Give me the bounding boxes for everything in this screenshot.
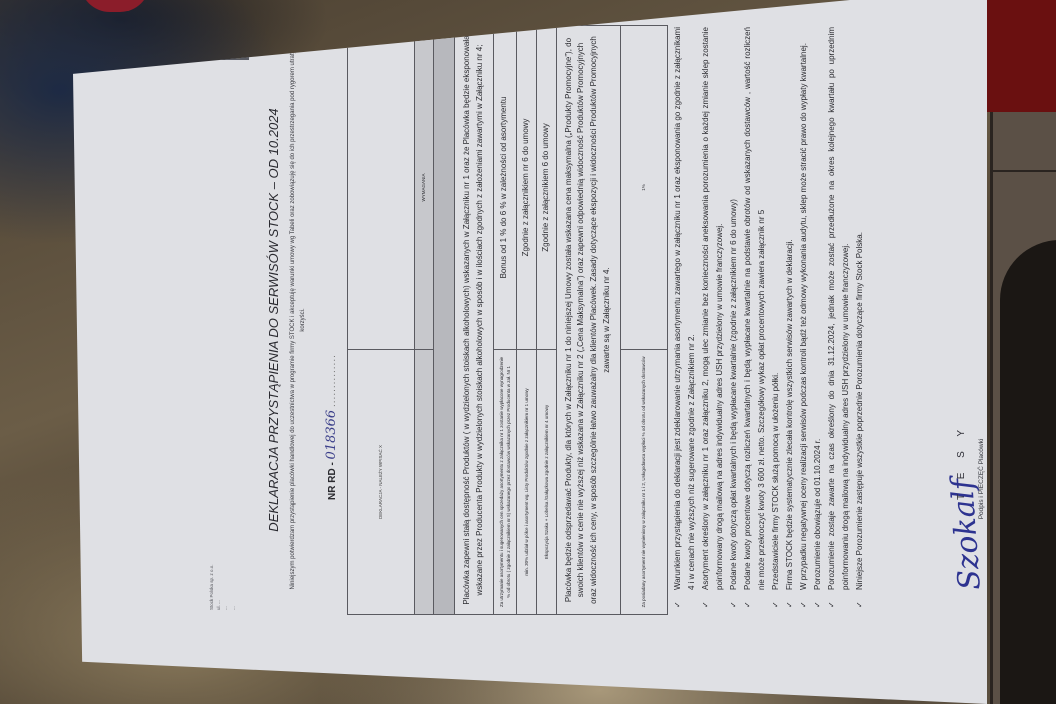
- row-condition: Za posiadany asortyment nie wymieniony w…: [620, 349, 667, 614]
- table-section-row: Placówka będzie odsprzedawać Produkty, d…: [556, 26, 620, 615]
- section2-text: Placówka będzie odsprzedawać Produkty, d…: [556, 26, 620, 615]
- row-requirement: Zgodnie z załącznikiem nr 6 do umowy: [516, 26, 536, 350]
- sender-address: Stock Polska sp. z o.o. ul. ... ... ...: [208, 564, 237, 610]
- terms-list: Warunkiem przystąpienia do deklaracji je…: [671, 27, 867, 612]
- stamp-name: T E S Y: [955, 424, 969, 500]
- row-condition: Za utrzymanie asortymentu i sugerowanych…: [493, 349, 516, 614]
- table-requirements-row: WYMAGANIA: [415, 26, 434, 615]
- background-tile-grout: [990, 170, 1056, 172]
- list-item: Firma STOCK będzie systematycznie zlecał…: [783, 27, 797, 612]
- list-item: Podane kwoty dotyczą opłat kwartalnych i…: [727, 27, 741, 612]
- list-item: Przedstawiciele firmy STOCK służą pomocą…: [769, 27, 783, 612]
- document-title: DEKLARACJA PRZYSTĄPIENIA DO SERWISÓW STO…: [265, 40, 283, 600]
- list-item: Asortyment określony w załączniku nr 1 o…: [699, 27, 727, 612]
- document-intro: Niniejszym potwierdzam przystąpienie pla…: [289, 40, 308, 600]
- table-grey-row: [434, 26, 455, 615]
- list-item: Niniejsze Porozumienie zastępuje wszystk…: [853, 27, 867, 612]
- table-header-row: DEKLARACJA - NALEŻY WPISAĆ X: [348, 26, 415, 615]
- background-red-object: [985, 0, 1056, 112]
- sender-line: ...: [222, 564, 229, 610]
- nr-rd-field: NR RD - 018366 ..............: [323, 354, 341, 500]
- paper-sheet: Stock Polska sp. z o.o. ul. ... ... ... …: [73, 0, 987, 704]
- background-dark-object: [1000, 240, 1056, 704]
- nr-rd-dots: ..............: [327, 354, 338, 407]
- row-condition: Ekspozycja Szaka + Lobelsa /Gałązkowa zg…: [536, 349, 556, 614]
- header-declaration: DEKLARACJA - NALEŻY WPISAĆ X: [348, 349, 415, 614]
- list-item: Porozumienie zostaje zawarte na czas okr…: [825, 27, 853, 612]
- nr-rd-value: 018366: [324, 410, 339, 460]
- sender-line: ul. ...: [215, 564, 222, 610]
- stamp-line: Podpis i PIECZĘĆ Placówki: [977, 394, 986, 564]
- row-condition: min. 30% udział w półce i asortyment wg.…: [516, 349, 536, 614]
- list-item: Podane kwoty procentowe dotyczą rozlicze…: [741, 27, 769, 612]
- nr-rd-label: NR RD -: [327, 462, 338, 500]
- list-item: Porozumienie obowiązuje od 01.10.2024 r.: [811, 27, 825, 612]
- sender-line: ...: [230, 564, 237, 610]
- table-row: min. 30% udział w półce i asortyment wg.…: [516, 26, 536, 615]
- document-page: Stock Polska sp. z o.o. ul. ... ... ... …: [153, 20, 1013, 620]
- section1-text: Placówka zapewni stałą dostępność Produk…: [455, 26, 494, 615]
- table-section-row: Placówka zapewni stałą dostępność Produk…: [455, 26, 494, 615]
- requirements-table: DEKLARACJA - NALEŻY WPISAĆ X WYMAGANIA P…: [347, 25, 668, 615]
- requirements-blank: [415, 349, 434, 614]
- sender-line: Stock Polska sp. z o.o.: [208, 564, 215, 610]
- row-requirement: Zgodnie z załącznikiem 6 do umowy: [536, 26, 556, 350]
- grey-band: [434, 26, 455, 615]
- list-item: W przypadku negatywnej oceny realizacji …: [797, 27, 811, 612]
- header-requirements: WYMAGANIA: [415, 26, 434, 350]
- header-blank: [348, 26, 415, 350]
- table-row: Ekspozycja Szaka + Lobelsa /Gałązkowa zg…: [536, 26, 556, 615]
- row-requirement: Bonus od 1 % do 6 % w zależności od asor…: [493, 26, 516, 350]
- list-item: Warunkiem przystąpienia do deklaracji je…: [671, 27, 699, 612]
- table-row: Za utrzymanie asortymentu i sugerowanych…: [493, 26, 516, 615]
- row-requirement: 1%: [620, 26, 667, 350]
- table-row: Za posiadany asortyment nie wymieniony w…: [620, 26, 667, 615]
